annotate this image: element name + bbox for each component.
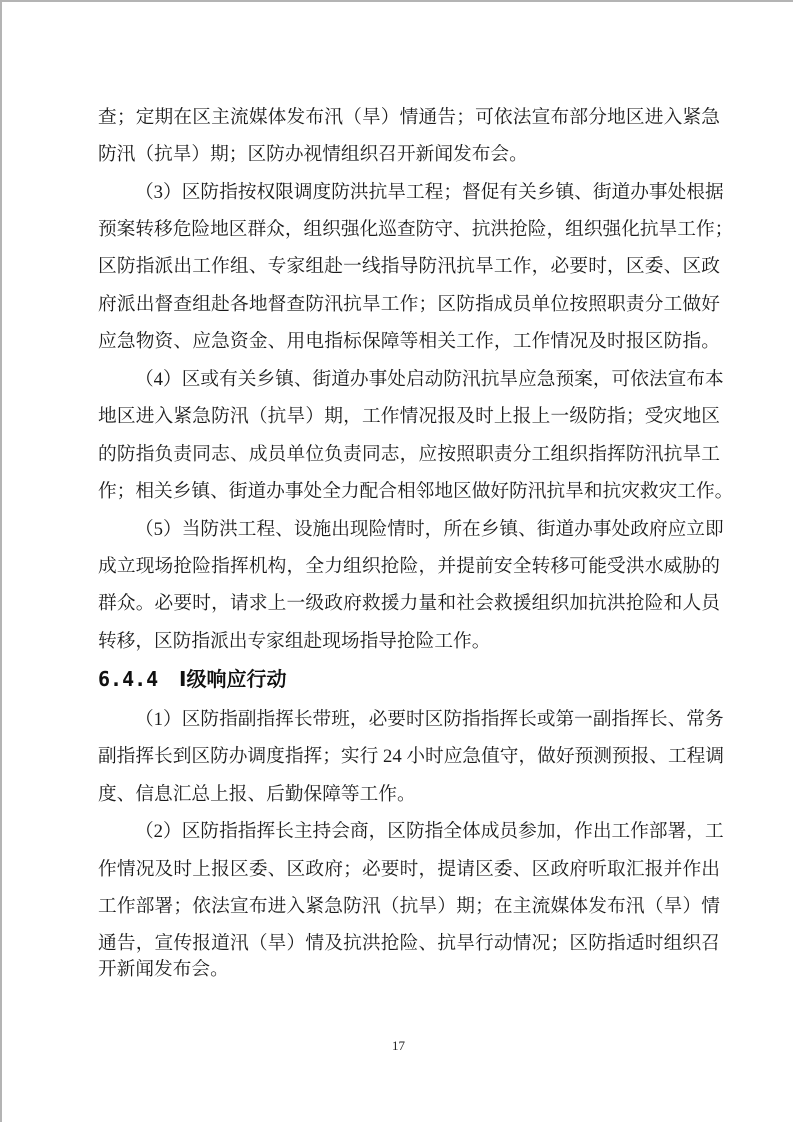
paragraph-line: （4）区或有关乡镇、街道办事处启动防汛抗旱应急预案，可依法宣布本 <box>135 369 720 391</box>
paragraph-line: 转移，区防指派出专家组赴现场指导抢险工作。 <box>98 631 720 653</box>
page-number: 17 <box>2 1038 793 1054</box>
paragraph-line: 作；相关乡镇、街道办事处全力配合相邻地区做好防汛抗旱和抗灾救灾工作。 <box>98 481 720 503</box>
paragraph-line: （2）区防指指挥长主持会商，区防指全体成员参加，作出工作部署，工 <box>135 821 720 843</box>
paragraph-line: 防汛（抗旱）期；区防办视情组织召开新闻发布会。 <box>98 144 720 166</box>
paragraph-line: 通告，宣传报道汛（旱）情及抗洪抢险、抗旱行动情况；区防指适时组织召 <box>98 933 720 955</box>
paragraph-line: （5）当防洪工程、设施出现险情时，所在乡镇、街道办事处政府应立即 <box>135 519 720 541</box>
paragraph-line: 查；定期在区主流媒体发布汛（旱）情通告；可依法宣布部分地区进入紧急 <box>98 107 720 129</box>
paragraph-line: 工作部署；依法宣布进入紧急防汛（抗旱）期；在主流媒体发布汛（旱）情 <box>98 896 720 918</box>
paragraph-line: 地区进入紧急防汛（抗旱）期，工作情况报及时上报上一级防指；受灾地区 <box>98 406 720 428</box>
paragraph-line: 的防指负责同志、成员单位负责同志，应按照职责分工组织指挥防汛抗旱工 <box>98 444 720 466</box>
section-heading: 6.4.4Ⅰ级响应行动 <box>98 666 286 692</box>
paragraph-line: 作情况及时上报区委、区政府；必要时，提请区委、区政府听取汇报并作出 <box>98 859 720 881</box>
section-number: 6.4.4 <box>98 666 179 692</box>
paragraph-line: 府派出督查组赴各地督查防汛抗旱工作；区防指成员单位按照职责分工做好 <box>98 294 720 316</box>
paragraph-line: （3）区防指按权限调度防洪抗旱工程；督促有关乡镇、街道办事处根据 <box>135 182 720 204</box>
paragraph-line: 预案转移危险地区群众，组织强化巡查防守、抗洪抢险，组织强化抗旱工作； <box>98 219 720 241</box>
paragraph-line: 群众。必要时，请求上一级政府救援力量和社会救援组织加抗洪抢险和人员 <box>98 593 720 615</box>
paragraph-line: 度、信息汇总上报、后勤保障等工作。 <box>98 784 720 806</box>
paragraph-line: （1）区防指副指挥长带班，必要时区防指指挥长或第一副指挥长、常务 <box>135 709 720 731</box>
paragraph-line: 开新闻发布会。 <box>98 959 720 981</box>
document-page: 查；定期在区主流媒体发布汛（旱）情通告；可依法宣布部分地区进入紧急 防汛（抗旱）… <box>0 0 793 1122</box>
paragraph-line: 成立现场抢险指挥机构，全力组织抢险，并提前安全转移可能受洪水威胁的 <box>98 556 720 578</box>
paragraph-line: 区防指派出工作组、专家组赴一线指导防汛抗旱工作，必要时，区委、区政 <box>98 256 720 278</box>
paragraph-line: 副指挥长到区防办调度指挥；实行 24 小时应急值守，做好预测预报、工程调 <box>98 746 720 768</box>
section-title: Ⅰ级响应行动 <box>179 667 286 691</box>
paragraph-line: 应急物资、应急资金、用电指标保障等相关工作，工作情况及时报区防指。 <box>98 331 720 353</box>
